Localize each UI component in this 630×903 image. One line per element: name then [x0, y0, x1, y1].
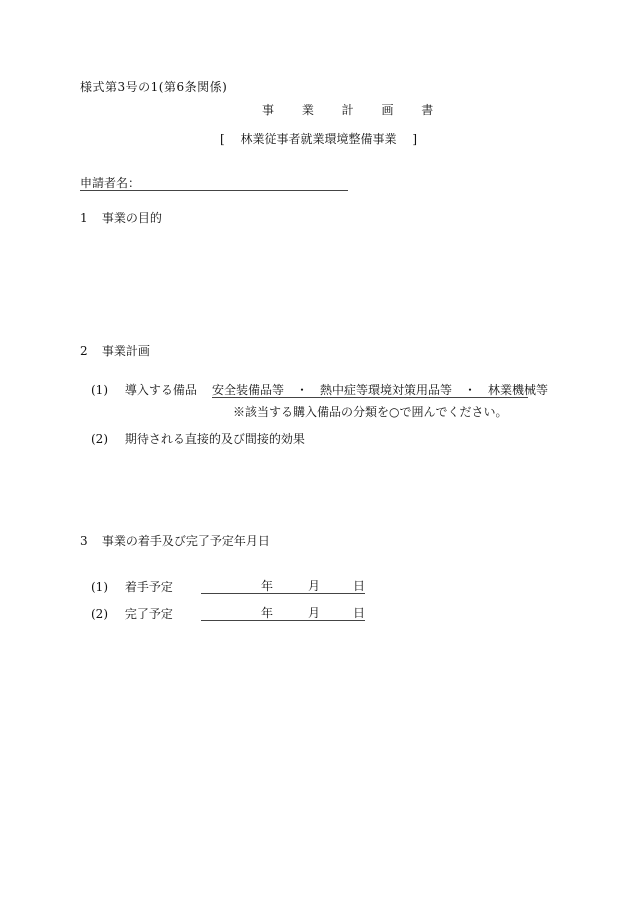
section-number: 3: [80, 534, 98, 548]
item-number: (2): [91, 607, 121, 621]
item-number: (1): [91, 383, 121, 397]
item-number: (2): [91, 432, 121, 446]
item-3-2: (2) 完了予定: [91, 607, 173, 621]
equipment-category-options[interactable]: 安全装備品等 ・ 熱中症等環境対策用品等 ・ 林業機械等: [212, 383, 528, 398]
month-label: 月: [308, 579, 320, 593]
bracket-open: [: [220, 132, 225, 146]
section-1-content-area[interactable]: [80, 230, 550, 330]
item-number: (1): [91, 580, 121, 594]
section-number: 2: [80, 344, 98, 358]
item-3-1: (1) 着手予定: [91, 580, 173, 594]
bracket-close: ]: [412, 132, 417, 146]
form-number: 様式第3号の1(第6条関係): [80, 80, 227, 94]
item-label: 着手予定: [125, 580, 173, 594]
item-2-1: (1) 導入する備品: [91, 383, 197, 397]
applicant-name-label: 申請者名：: [80, 176, 140, 190]
expected-effects-content-area[interactable]: [91, 450, 551, 520]
section-title: 事業の着手及び完了予定年月日: [102, 534, 270, 548]
item-label: 期待される直接的及び間接的効果: [125, 432, 305, 446]
section-number: 1: [80, 211, 98, 225]
equipment-note: ※該当する購入備品の分類を○で囲んでください。: [233, 405, 507, 419]
project-name: [ 林業従事者就業環境整備事業 ]: [220, 132, 417, 146]
section-1-heading: 1 事業の目的: [80, 211, 162, 225]
completion-date-field[interactable]: 年 月 日: [201, 606, 365, 621]
day-label: 日: [353, 606, 365, 620]
section-title: 事業の目的: [102, 211, 162, 225]
year-label: 年: [261, 579, 273, 593]
item-label: 完了予定: [125, 607, 173, 621]
section-title: 事業計画: [102, 344, 150, 358]
section-2-heading: 2 事業計画: [80, 344, 150, 358]
project-name-text: 林業従事者就業環境整備事業: [241, 132, 397, 146]
applicant-name-field[interactable]: 申請者名：: [80, 176, 348, 191]
document-title: 事 業 計 画 書: [262, 103, 445, 117]
start-date-field[interactable]: 年 月 日: [201, 579, 365, 594]
month-label: 月: [308, 606, 320, 620]
item-2-2: (2) 期待される直接的及び間接的効果: [91, 432, 305, 446]
item-label: 導入する備品: [125, 383, 197, 397]
year-label: 年: [261, 606, 273, 620]
day-label: 日: [353, 579, 365, 593]
section-3-heading: 3 事業の着手及び完了予定年月日: [80, 534, 270, 548]
